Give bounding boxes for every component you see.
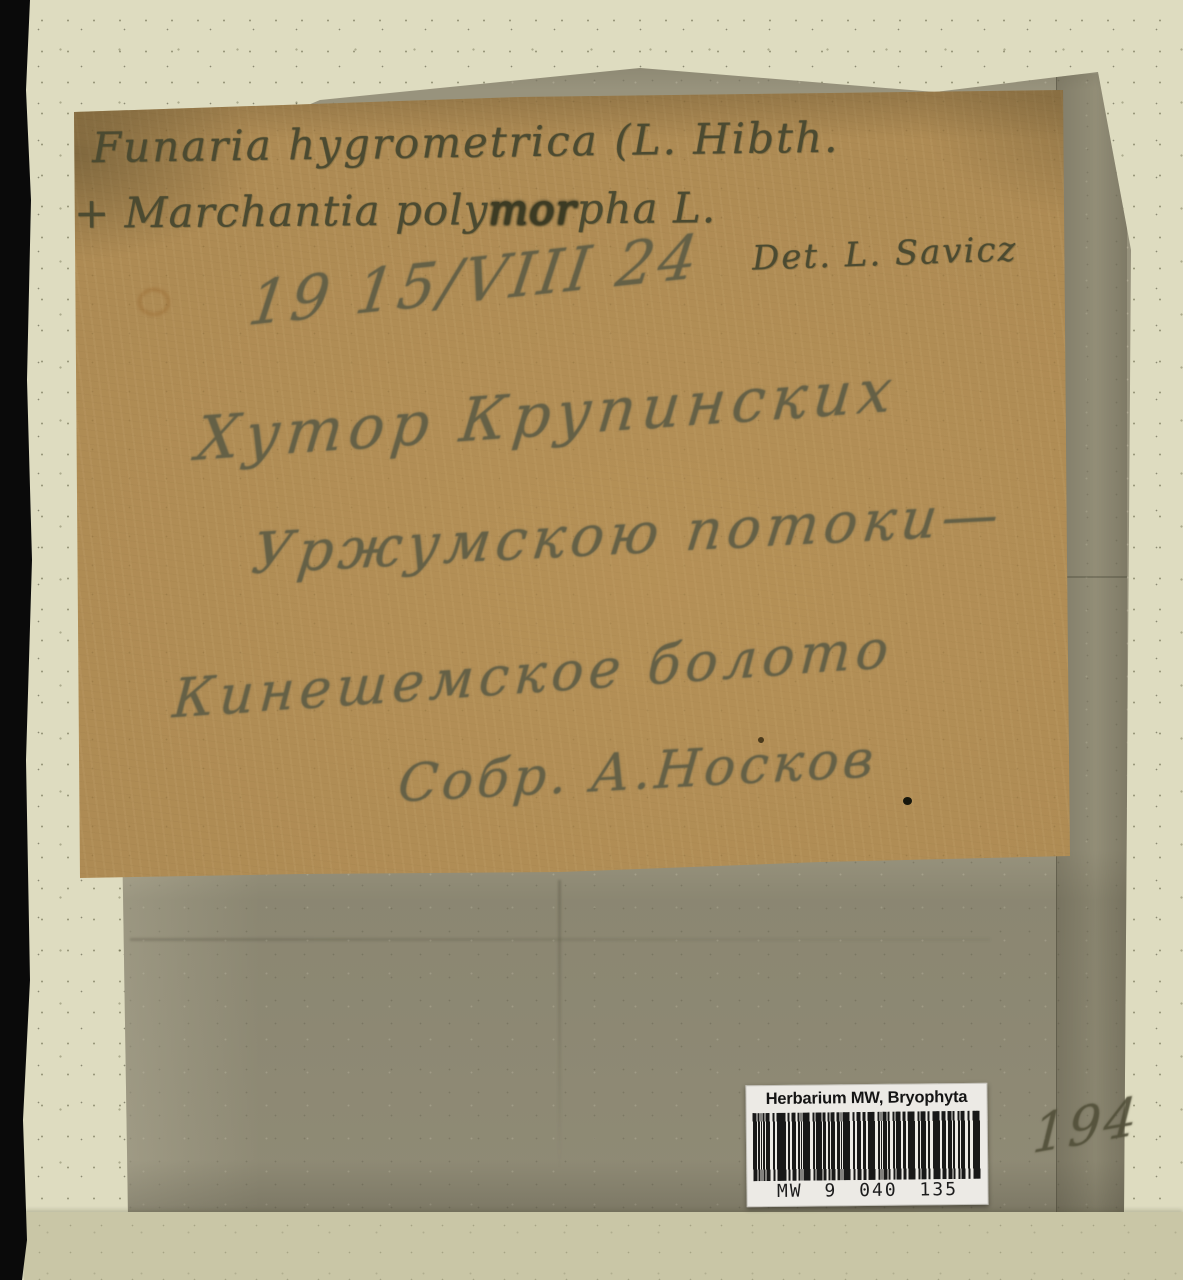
collector-note: Собр. А.Носков xyxy=(396,729,880,814)
packet-fold-seam xyxy=(1057,576,1127,578)
herbarium-specimen-scan: Funaria hygrometrica (L. Hibth. + Marcha… xyxy=(0,0,1183,1280)
determiner-note: Det. L. Savicz xyxy=(751,229,1018,278)
barcode-sticker-title: Herbarium MW, Bryophyta xyxy=(751,1088,981,1109)
barcode-icon xyxy=(753,1111,982,1181)
ink-speck xyxy=(903,797,912,805)
species-name-line1: Funaria hygrometrica (L. Hibth. xyxy=(92,113,840,172)
collection-date: 19 15/VIII 24 xyxy=(244,222,705,341)
species-line2-prefix: + Marchantia poly xyxy=(74,185,489,238)
barcode-sticker: Herbarium MW, Bryophyta MW 9 040 135 xyxy=(745,1083,988,1208)
packet-crease-vertical xyxy=(558,880,561,1170)
stain-mark xyxy=(138,288,170,316)
ink-speck xyxy=(758,737,764,743)
barcode-number: MW 9 040 135 xyxy=(752,1179,982,1203)
crossed-out-letters: mor xyxy=(488,184,577,234)
locality-line1: Хутор Крупинских xyxy=(193,355,901,475)
locality-line2: Уржумскою потоки— xyxy=(248,482,1007,587)
locality-line3: Кинешемское болото xyxy=(171,617,896,731)
sheet-bottom-edge xyxy=(24,1212,1183,1280)
